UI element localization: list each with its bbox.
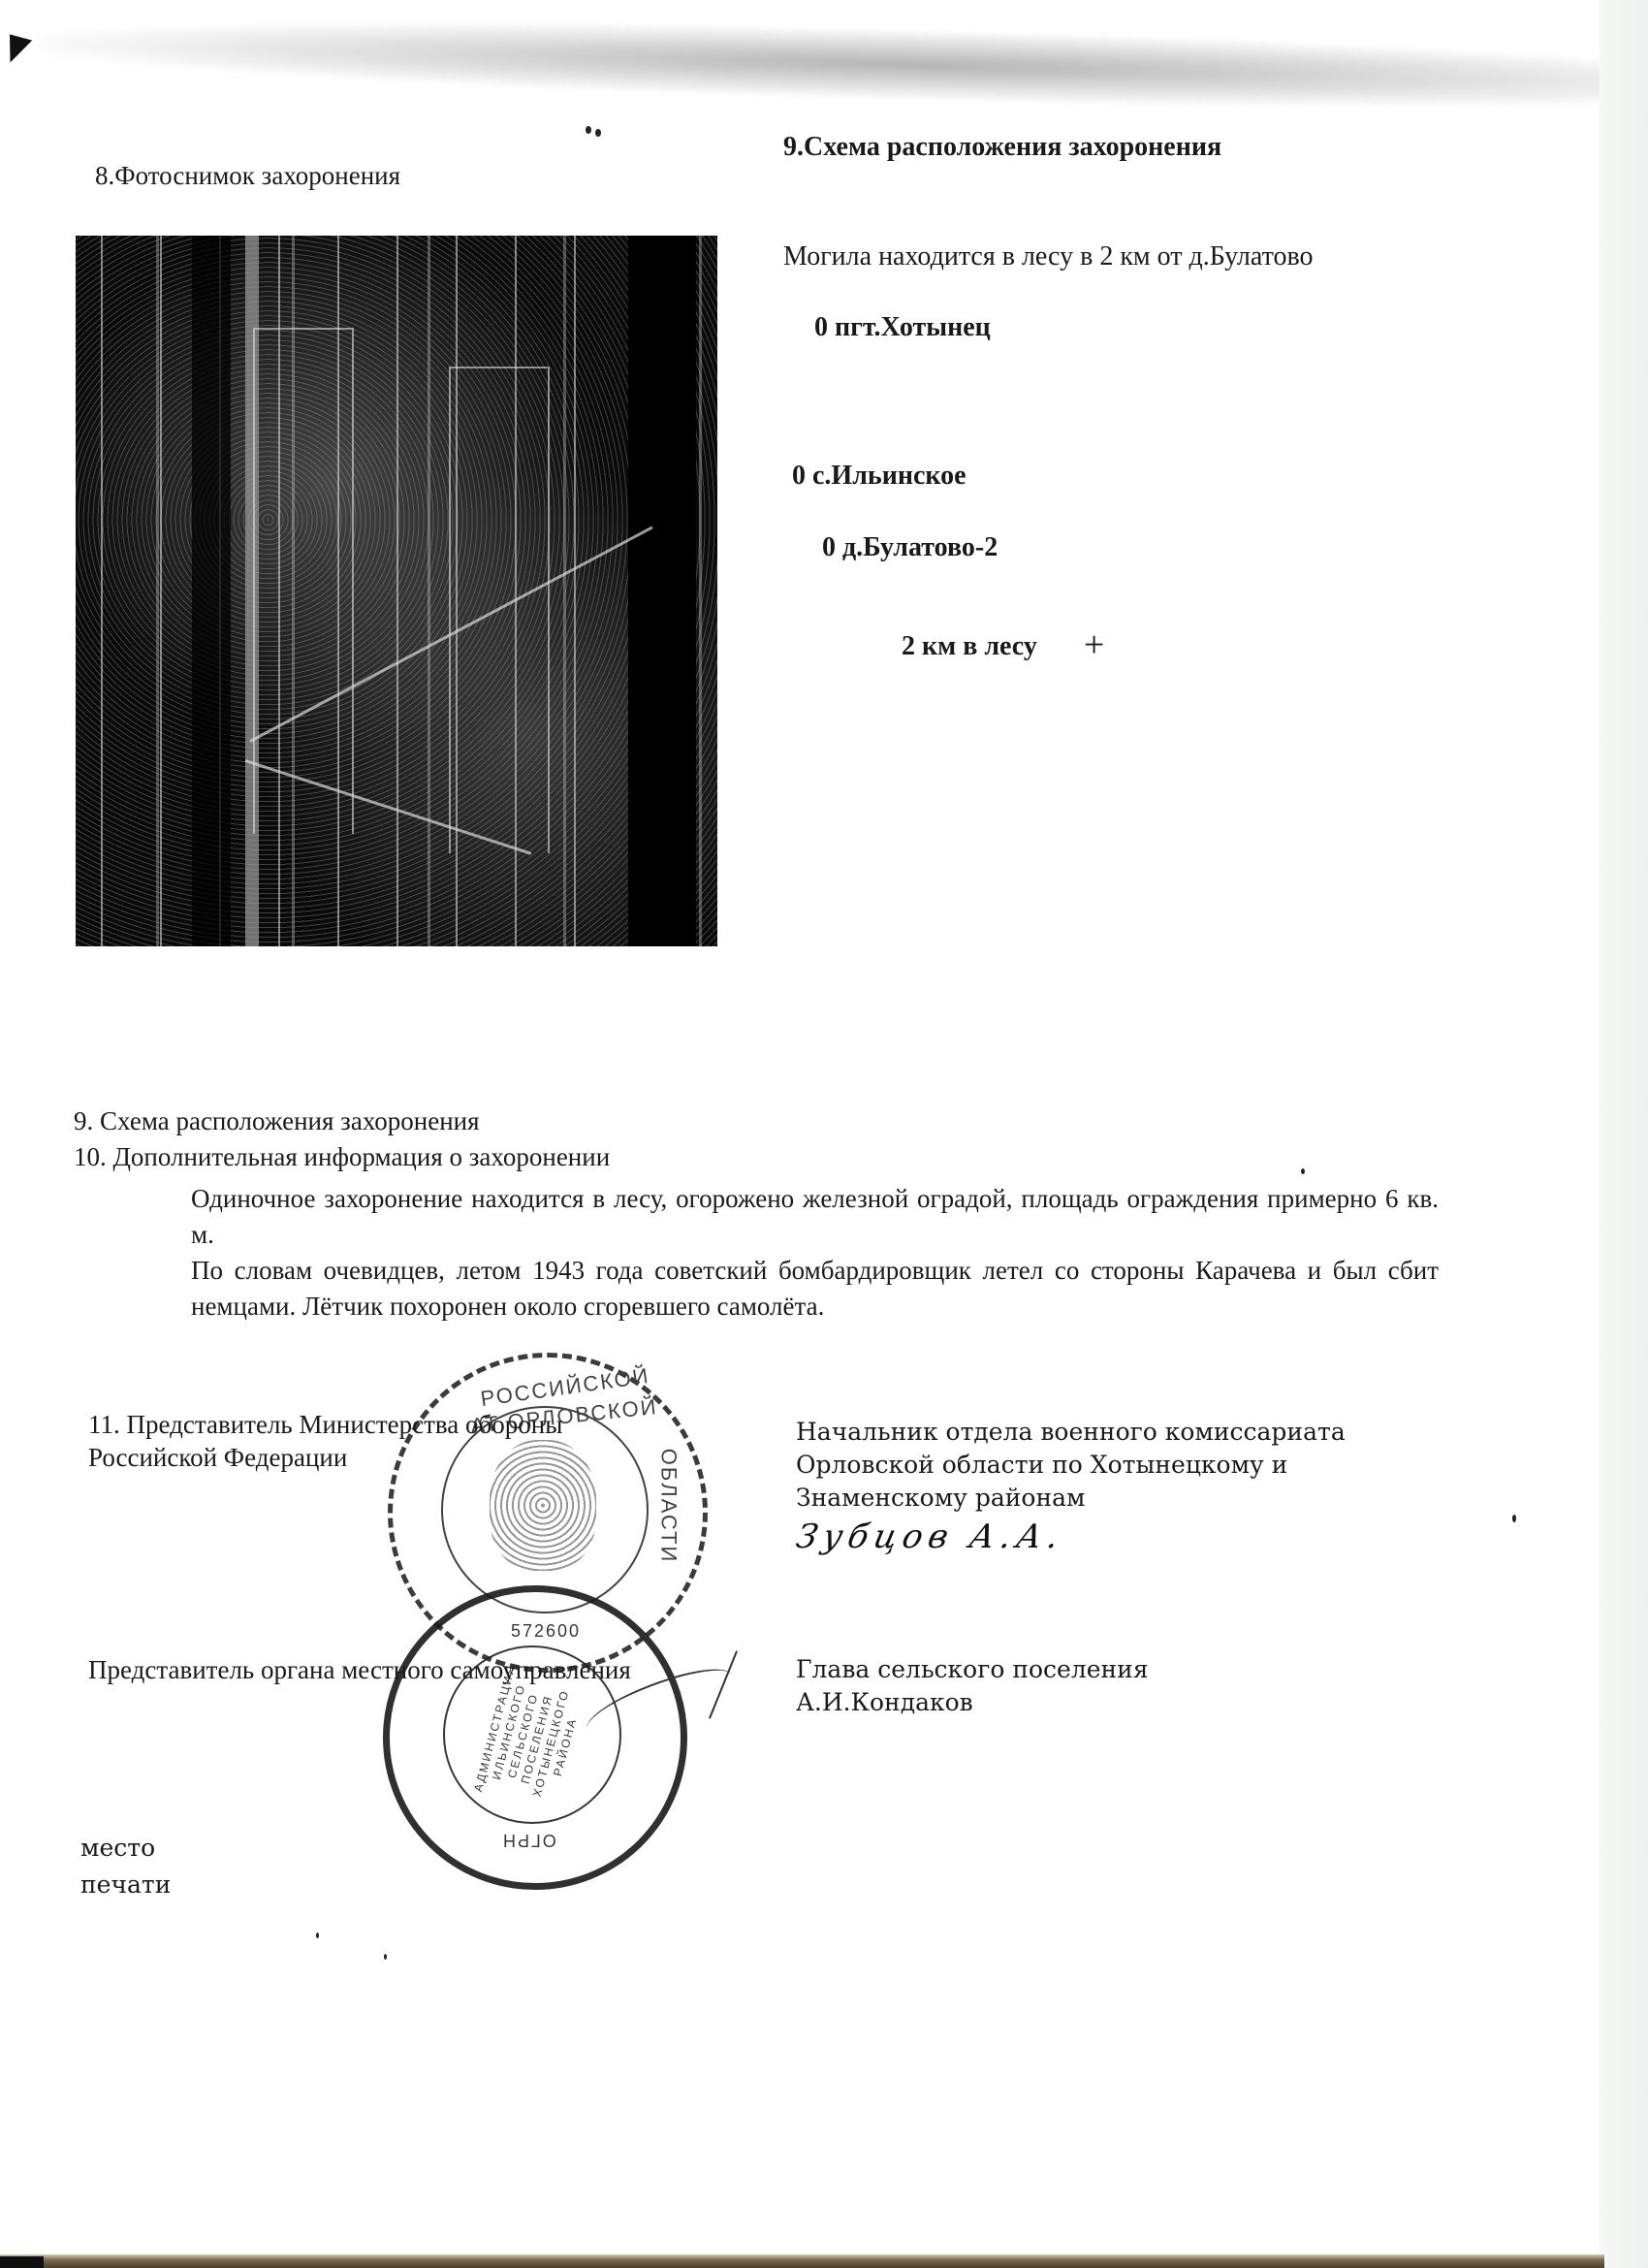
speck [586,126,591,134]
local-official-line: Глава сельского поселения [796,1653,1149,1686]
mod-official-line: Знаменскому районам [796,1482,1346,1515]
mod-official-signature: Зубцов А.А. [793,1517,1068,1556]
speck [1512,1515,1516,1522]
stamp-text: ОГРН [501,1830,556,1850]
speck [384,1954,387,1960]
scheme-point-bulatovo-2: 0 д.Булатово-2 [822,532,998,563]
photo-fence [253,328,354,834]
mod-representative-line: Российской Федерации [88,1441,562,1474]
seal-place-label: место печати [80,1830,171,1903]
photo-tree-trunk [192,236,231,946]
section-8-title: 8.Фотоснимок захоронения [95,161,400,191]
scheme-point-khotynets: 0 пгт.Хотынец [814,312,991,343]
seal-place-line: место [80,1830,171,1867]
speck [316,1933,319,1938]
photo-tree-trunk [628,236,696,946]
grave-cross-icon: + [1084,624,1104,665]
mod-official-line: Орловской области по Хотынецкому и [796,1449,1346,1482]
section-9-label: 9. Схема расположения захоронения [74,1106,480,1136]
speck [595,129,601,137]
administration-stamp: 572600 ОГРН АДМИНИСТРАЦИЯ ИЛЬИНСКОГО СЕЛ… [383,1585,687,1890]
mod-official-line: Начальник отдела военного комиссариата [796,1416,1346,1449]
local-official-title: Глава сельского поселения А.И.Кондаков [796,1653,1149,1719]
local-government-representative-label: Представитель органа местного самоуправл… [88,1653,631,1686]
scan-edge-bottom [0,2254,1604,2268]
section-9-scheme-title: 9.Схема расположения захоронения [783,132,1221,163]
section-10-title: 10. Дополнительная информация о захороне… [74,1142,610,1172]
seal-place-line: печати [80,1867,171,1903]
scheme-point-ilyinskoye: 0 с.Ильинское [792,461,967,492]
mod-representative-line: 11. Представитель Министерства обороны [88,1408,562,1441]
scan-corner-mark [3,34,32,66]
mod-official-title: Начальник отдела военного комиссариата О… [796,1416,1346,1515]
additional-info-paragraph: По словам очевидцев, летом 1943 года сов… [191,1253,1439,1325]
scan-edge-right [1600,0,1648,2268]
stamp-number: 572600 [511,1621,581,1642]
speck [1301,1168,1305,1174]
mod-representative-label: 11. Представитель Министерства обороны Р… [88,1408,562,1474]
grave-location-text: Могила находится в лесу в 2 км от д.Була… [783,241,1313,272]
local-official-name: А.И.Кондаков [796,1686,1149,1719]
stamp-text: ОБЛАСТИ [655,1449,681,1564]
scheme-distance-label: 2 км в лесу [902,631,1037,661]
additional-info-paragraph: Одиночное захоронение находится в лесу, … [191,1181,1439,1253]
burial-photo [76,236,717,946]
scheme-point-grave: 2 км в лесу+ [902,623,1104,666]
scan-toner-smudge [39,10,1629,116]
scan-corner-bottom-left [0,2256,44,2268]
